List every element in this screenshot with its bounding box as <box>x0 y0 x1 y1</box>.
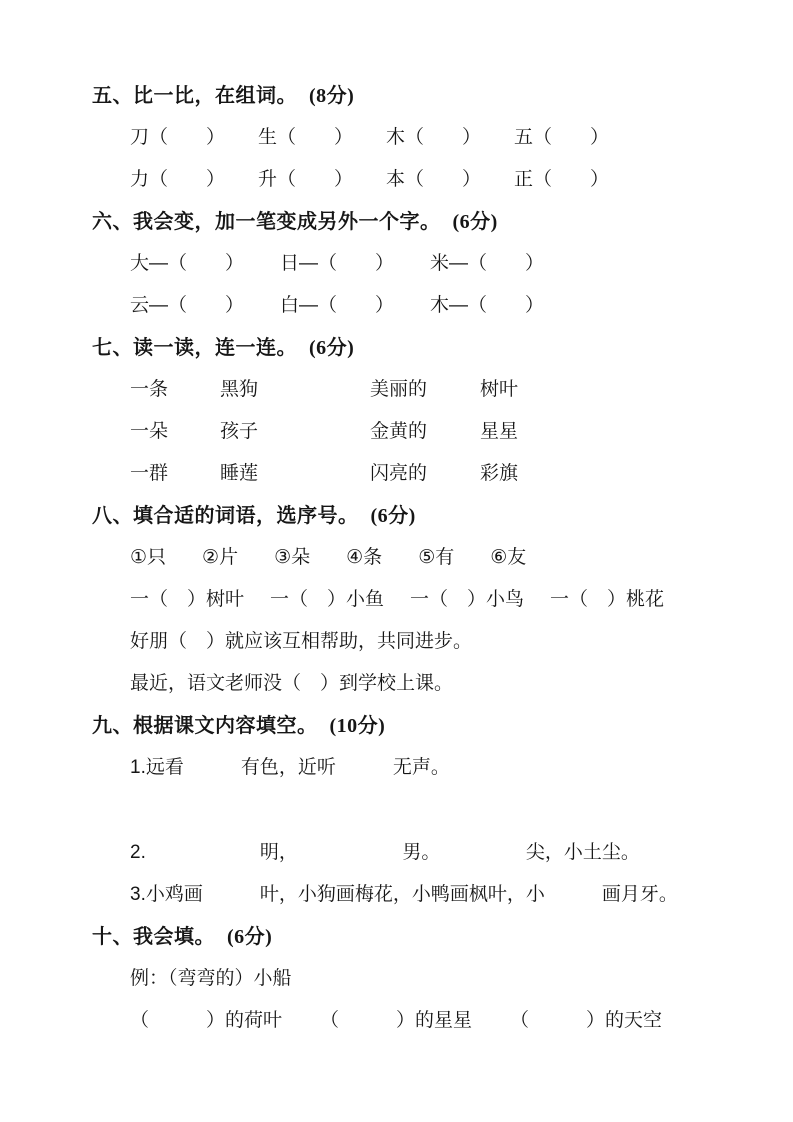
noun-word: 睡莲 <box>220 458 370 485</box>
numbered-option: ③朵 <box>274 542 310 569</box>
fill-blank-phrase: （ ）的天空 <box>510 1005 662 1032</box>
section-10-fill-row: （ ）的荷叶 （ ）的星星 （ ）的天空 <box>130 997 753 1039</box>
cloze-sentence: 1.远看 有色，近听 无声。 <box>130 752 450 779</box>
compare-word-group: 正（ ） <box>514 164 609 191</box>
section-8-sentence-2: 最近，语文老师没（ ）到学校上课。 <box>130 660 753 702</box>
fill-blank-sentence: 最近，语文老师没（ ）到学校上课。 <box>130 668 453 695</box>
adjective-word: 美丽的 <box>370 374 480 401</box>
section-6-score: (6分) <box>453 205 498 234</box>
compare-word-group: 升（ ） <box>258 164 353 191</box>
section-7-heading-text: 七、读一读，连一连。 <box>92 331 297 360</box>
add-stroke-group: 日—（ ） <box>280 248 394 275</box>
noun-word: 黑狗 <box>220 374 370 401</box>
noun-word: 孩子 <box>220 416 370 443</box>
match-row: 一群 睡莲 闪亮的 彩旗 <box>130 450 753 492</box>
fill-blank-phrase: 一（ ）小鸟 <box>410 584 524 611</box>
section-6-row-2: 云—（ ） 白—（ ） 木—（ ） <box>130 282 753 324</box>
noun-word: 星星 <box>480 416 518 443</box>
numbered-option: ⑤有 <box>418 542 454 569</box>
section-9-item-2: 2. 明， 男。 尖，小土尘。 <box>130 829 753 871</box>
section-7-score: (6分) <box>309 331 354 360</box>
section-6-heading-text: 六、我会变，加一笔变成另外一个字。 <box>92 205 441 234</box>
section-5-row-1: 刀（ ） 生（ ） 木（ ） 五（ ） <box>130 114 753 156</box>
fill-blank-phrase: （ ）的星星 <box>320 1005 472 1032</box>
numbered-option: ②片 <box>202 542 238 569</box>
compare-word-group: 五（ ） <box>514 122 609 149</box>
section-5-heading-text: 五、比一比，在组词。 <box>92 79 297 108</box>
section-10-score: (6分) <box>227 920 272 949</box>
section-8-sentence-1: 好朋（ ）就应该互相帮助，共同进步。 <box>130 618 753 660</box>
adjective-word: 金黄的 <box>370 416 480 443</box>
fill-blank-phrase: （ ）的荷叶 <box>130 1005 282 1032</box>
section-9-heading: 九、根据课文内容填空。 (10分) <box>92 702 753 744</box>
section-8-heading-text: 八、填合适的词语，选序号。 <box>92 499 359 528</box>
numbered-option: ④条 <box>346 542 382 569</box>
add-stroke-group: 米—（ ） <box>430 248 544 275</box>
section-9-item-1: 1.远看 有色，近听 无声。 <box>130 744 753 786</box>
add-stroke-group: 云—（ ） <box>130 290 244 317</box>
section-9-score: (10分) <box>330 709 386 738</box>
compare-word-group: 本（ ） <box>386 164 481 191</box>
numbered-option: ①只 <box>130 542 166 569</box>
compare-word-group: 生（ ） <box>258 122 353 149</box>
section-10-heading-text: 十、我会填。 <box>92 920 215 949</box>
section-9-item-3: 3.小鸡画 叶，小狗画梅花，小鸭画枫叶，小 画月牙。 <box>130 871 753 913</box>
compare-word-group: 刀（ ） <box>130 122 225 149</box>
fill-blank-phrase: 一（ ）桃花 <box>550 584 664 611</box>
section-8-fill-row: 一（ ）树叶 一（ ）小鱼 一（ ）小鸟 一（ ）桃花 <box>130 576 753 618</box>
section-6-row-1: 大—（ ） 日—（ ） 米—（ ） <box>130 240 753 282</box>
section-5-heading: 五、比一比，在组词。 (8分) <box>92 72 753 114</box>
measure-word: 一群 <box>130 458 220 485</box>
add-stroke-group: 白—（ ） <box>280 290 394 317</box>
fill-blank-phrase: 一（ ）树叶 <box>130 584 244 611</box>
section-8-options-row: ①只 ②片 ③朵 ④条 ⑤有 ⑥友 <box>130 534 753 576</box>
compare-word-group: 力（ ） <box>130 164 225 191</box>
fill-blank-phrase: 一（ ）小鱼 <box>270 584 384 611</box>
section-5-score: (8分) <box>309 79 354 108</box>
section-6-heading: 六、我会变，加一笔变成另外一个字。 (6分) <box>92 198 753 240</box>
section-8-score: (6分) <box>371 499 416 528</box>
section-8-heading: 八、填合适的词语，选序号。 (6分) <box>92 492 753 534</box>
match-row: 一朵 孩子 金黄的 星星 <box>130 408 753 450</box>
section-5-row-2: 力（ ） 升（ ） 本（ ） 正（ ） <box>130 156 753 198</box>
measure-word: 一朵 <box>130 416 220 443</box>
measure-word: 一条 <box>130 374 220 401</box>
section-7-heading: 七、读一读，连一连。 (6分) <box>92 324 753 366</box>
compare-word-group: 木（ ） <box>386 122 481 149</box>
section-9-heading-text: 九、根据课文内容填空。 <box>92 709 318 738</box>
numbered-option: ⑥友 <box>490 542 526 569</box>
exam-paper-page: 五、比一比，在组词。 (8分) 刀（ ） 生（ ） 木（ ） 五（ ） 力（ ）… <box>0 0 793 1122</box>
section-10-example: 例：（弯弯的）小船 <box>130 955 753 997</box>
blank-writing-space <box>92 786 753 829</box>
cloze-sentence: 2. 明， 男。 尖，小土尘。 <box>130 837 640 864</box>
add-stroke-group: 木—（ ） <box>430 290 544 317</box>
noun-word: 彩旗 <box>480 458 518 485</box>
fill-blank-sentence: 好朋（ ）就应该互相帮助，共同进步。 <box>130 626 472 653</box>
match-row: 一条 黑狗 美丽的 树叶 <box>130 366 753 408</box>
add-stroke-group: 大—（ ） <box>130 248 244 275</box>
adjective-word: 闪亮的 <box>370 458 480 485</box>
cloze-sentence: 3.小鸡画 叶，小狗画梅花，小鸭画枫叶，小 画月牙。 <box>130 879 678 906</box>
noun-word: 树叶 <box>480 374 518 401</box>
section-10-heading: 十、我会填。 (6分) <box>92 913 753 955</box>
example-phrase: 例：（弯弯的）小船 <box>130 963 292 990</box>
